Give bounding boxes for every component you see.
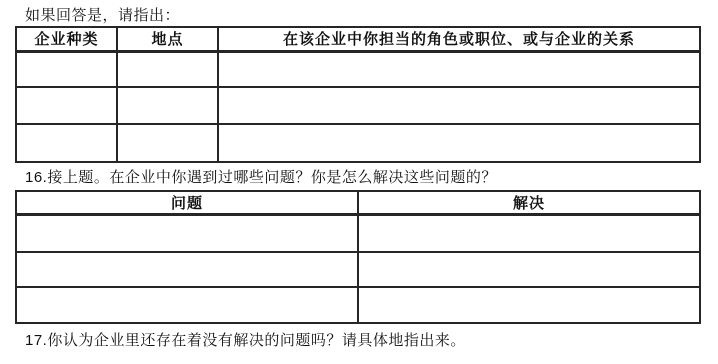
problems-table: 问题 解决 xyxy=(15,190,701,324)
enterprise-type-cell[interactable] xyxy=(16,124,117,162)
solution-cell[interactable] xyxy=(358,287,700,323)
problems-table-row xyxy=(16,252,700,287)
problem-cell[interactable] xyxy=(16,215,358,252)
role-cell[interactable] xyxy=(218,87,700,124)
header-enterprise-type: 企业种类 xyxy=(16,27,117,51)
intro-text: 如果回答是，请指出： xyxy=(25,4,180,25)
solution-cell[interactable] xyxy=(358,215,700,252)
header-location: 地点 xyxy=(117,27,218,51)
problems-table-header-row: 问题 解决 xyxy=(16,191,700,215)
role-cell[interactable] xyxy=(218,124,700,162)
location-cell[interactable] xyxy=(117,124,218,162)
location-cell[interactable] xyxy=(117,51,218,87)
location-cell[interactable] xyxy=(117,87,218,124)
questionnaire-page: 如果回答是，请指出： 企业种类 地点 在该企业中你担当的角色或职位、或与企业的关… xyxy=(0,0,718,364)
header-solution: 解决 xyxy=(358,191,700,215)
enterprise-table-row xyxy=(16,51,700,87)
enterprise-type-cell[interactable] xyxy=(16,87,117,124)
enterprise-table: 企业种类 地点 在该企业中你担当的角色或职位、或与企业的关系 xyxy=(15,26,701,163)
enterprise-table-row xyxy=(16,124,700,162)
question-17-text: 17.你认为企业里还存在着没有解决的问题吗？请具体地指出来。 xyxy=(25,329,466,350)
enterprise-type-cell[interactable] xyxy=(16,51,117,87)
enterprise-table-row xyxy=(16,87,700,124)
problem-cell[interactable] xyxy=(16,252,358,287)
problems-table-row xyxy=(16,215,700,252)
solution-cell[interactable] xyxy=(358,252,700,287)
header-role-or-relationship: 在该企业中你担当的角色或职位、或与企业的关系 xyxy=(218,27,700,51)
problems-table-row xyxy=(16,287,700,323)
role-cell[interactable] xyxy=(218,51,700,87)
problem-cell[interactable] xyxy=(16,287,358,323)
enterprise-table-header-row: 企业种类 地点 在该企业中你担当的角色或职位、或与企业的关系 xyxy=(16,27,700,51)
question-16-text: 16.接上题。在企业中你遇到过哪些问题？你是怎么解决这些问题的？ xyxy=(25,166,497,187)
header-problem: 问题 xyxy=(16,191,358,215)
